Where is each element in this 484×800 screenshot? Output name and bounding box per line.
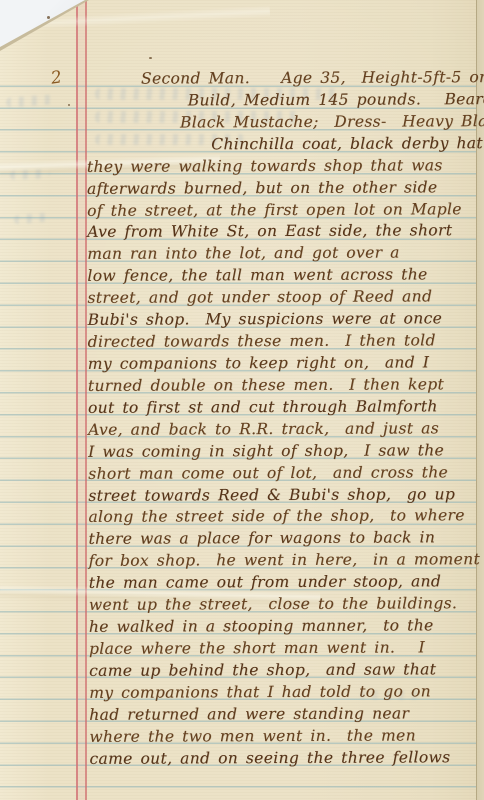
manuscript-line: where the two men went in. the men bbox=[89, 724, 475, 748]
manuscript-line: my companions that I had told to go on bbox=[89, 680, 475, 704]
manuscript-line: short man come out of lot, and cross the bbox=[88, 461, 474, 485]
manuscript-line: street towards Reed & Bubi's shop, go up bbox=[88, 483, 474, 507]
ink-speck bbox=[47, 16, 50, 19]
manuscript-line: of the street, at the first open lot on … bbox=[87, 198, 473, 222]
page-number: 2 bbox=[50, 67, 64, 88]
manuscript-line: Ave, and back to R.R. track, and just as bbox=[88, 417, 474, 441]
paper-sheet: 2 Second Man. Age 35, Height-5ft-5 or 6 … bbox=[0, 0, 484, 800]
manuscript-line: he walked in a stooping manner, to the bbox=[89, 615, 475, 639]
manuscript-line: there was a place for wagons to back in bbox=[88, 527, 474, 551]
manuscript-line: came up behind the shop, and saw that bbox=[89, 659, 475, 683]
manuscript-line: Build, Medium 145 pounds. Beard- bbox=[87, 89, 473, 113]
manuscript-line: came out, and on seeing the three fellow… bbox=[89, 746, 475, 770]
manuscript-line: the man came out from under stoop, and bbox=[89, 571, 475, 595]
manuscript-line: Bubi's shop. My suspicions were at once bbox=[88, 308, 474, 332]
manuscript-line: my companions to keep right on, and I bbox=[88, 352, 474, 376]
manuscript-line: Second Man. Age 35, Height-5ft-5 or 6 bbox=[86, 67, 472, 91]
manuscript-line: I was coming in sight of shop, I saw the bbox=[88, 439, 474, 463]
manuscript-line: for box shop. he went in here, in a mome… bbox=[89, 549, 475, 573]
manuscript-line: place where the short man went in. I bbox=[89, 637, 475, 661]
manuscript-line: afterwards burned, but on the other side bbox=[87, 176, 473, 200]
manuscript-line: street, and got under stoop of Reed and bbox=[87, 286, 473, 310]
manuscript-line: went up the street, close to the buildin… bbox=[89, 593, 475, 617]
manuscript-line: turned double on these men. I then kept bbox=[88, 374, 474, 398]
manuscript-line: along the street side of the shop, to wh… bbox=[88, 505, 474, 529]
manuscript-line: out to first st and cut through Balmfort… bbox=[88, 395, 474, 419]
manuscript-line: they were walking towards shop that was bbox=[87, 154, 473, 178]
manuscript-line: directed towards these men. I then told bbox=[88, 330, 474, 354]
red-margin-line bbox=[76, 0, 87, 800]
manuscript-line: Chinchilla coat, black derby hat. bbox=[87, 132, 473, 156]
manuscript-scan: 2 Second Man. Age 35, Height-5ft-5 or 6 … bbox=[0, 0, 484, 800]
handwritten-text: Second Man. Age 35, Height-5ft-5 or 6 Bu… bbox=[86, 67, 475, 770]
manuscript-line: man ran into the lot, and got over a bbox=[87, 242, 473, 266]
manuscript-line: Black Mustache; Dress- Heavy Black bbox=[87, 111, 473, 135]
manuscript-line: had returned and were standing near bbox=[89, 702, 475, 726]
ink-speck bbox=[68, 104, 70, 106]
manuscript-line: Ave from White St, on East side, the sho… bbox=[87, 220, 473, 244]
manuscript-line: low fence, the tall man went across the bbox=[87, 264, 473, 288]
ink-speck bbox=[149, 57, 152, 59]
